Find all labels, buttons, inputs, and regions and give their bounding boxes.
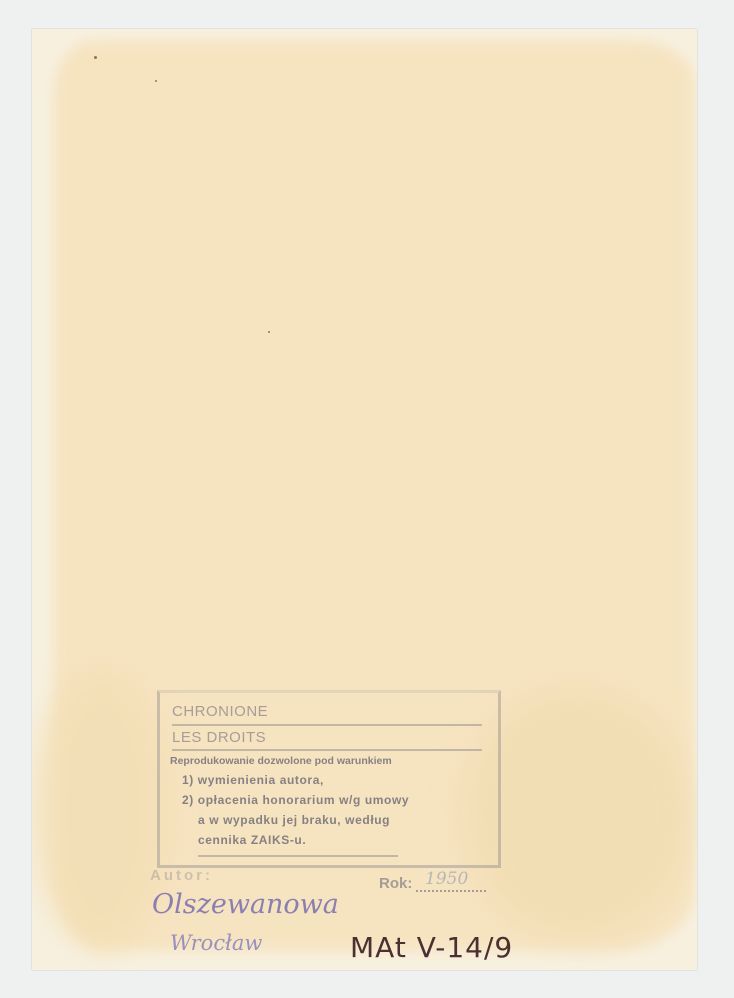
speck — [268, 331, 270, 333]
author-label: Autor: — [150, 867, 213, 884]
stamp-subtitle: LES DROITS — [172, 729, 266, 746]
stamp-condition-2c: cennika ZAIKS-u. — [198, 833, 306, 847]
handwritten-place: Wrocław — [170, 931, 262, 955]
stamp-condition-intro: Reprodukowanie dozwolone pod warunkiem — [170, 755, 392, 767]
year-value: 1950 — [425, 869, 468, 889]
stamp-condition-1: 1) wymienienia autora, — [182, 773, 324, 787]
water-stain-left — [32, 669, 172, 949]
handwritten-author: Olszewanowa — [152, 889, 339, 920]
stamp-rule — [172, 749, 482, 751]
handwritten-catalog-number: MAt V-14/9 — [350, 931, 513, 964]
stamp-rule — [198, 855, 398, 857]
year-label: Rok: — [379, 875, 412, 892]
stamp-rule — [172, 724, 482, 726]
speck — [94, 56, 97, 59]
year-dotted-line — [416, 890, 486, 892]
speck — [155, 80, 157, 82]
copyright-stamp: CHRONIONE LES DROITS Reprodukowanie dozw… — [157, 690, 501, 868]
stamp-condition-2: 2) opłacenia honorarium w/g umowy — [182, 793, 409, 807]
stamp-title: CHRONIONE — [172, 703, 268, 720]
stamp-condition-2b: a w wypadku jej braku, według — [198, 813, 390, 827]
photo-back-paper: CHRONIONE LES DROITS Reprodukowanie dozw… — [32, 29, 697, 970]
